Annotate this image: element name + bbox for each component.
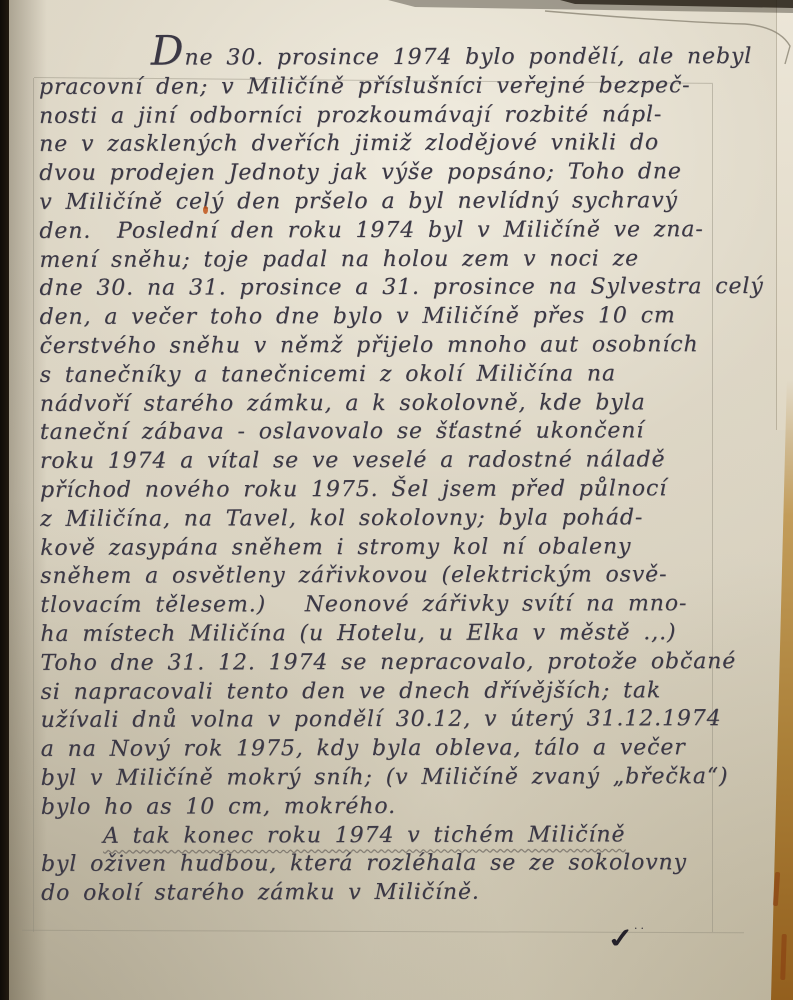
- manuscript-line: taneční zábava - oslavovalo se šťastné u…: [40, 417, 718, 448]
- check-icon: ✓: [606, 923, 636, 956]
- book-left-edge: [0, 0, 9, 1000]
- manuscript-line: do okolí starého zámku v Miličíně.: [41, 878, 719, 909]
- manuscript-line: z Miličína, na Tavel, kol sokolovny; byl…: [40, 504, 718, 535]
- manuscript-line: A tak konec roku 1974 v tichém Miličíně: [41, 821, 719, 852]
- chronicle-photo: { "document": { "kind": "handwritten chr…: [0, 0, 793, 1000]
- manuscript-line: s tanečníky a tanečnicemi z okolí Miličí…: [40, 360, 718, 391]
- margin-check-mark: ·· ✓: [610, 924, 632, 954]
- manuscript-line: ne v zasklených dveřích jimiž zlodějové …: [39, 130, 717, 161]
- pencil-frame-left: [33, 78, 34, 932]
- manuscript-line: den, a večer toho dne bylo v Miličíně př…: [40, 302, 718, 333]
- manuscript-line: dvou prodejen Jednoty jak výše popsáno; …: [39, 158, 717, 189]
- manuscript-line: příchod nového roku 1975. Šel jsem před …: [40, 475, 718, 506]
- manuscript-line: pracovní den; v Miličíně příslušníci veř…: [39, 72, 717, 103]
- manuscript-line: Dne 30. prosince 1974 bylo pondělí, ale …: [39, 43, 717, 74]
- manuscript-line: a na Nový rok 1975, kdy byla obleva, tál…: [41, 734, 719, 765]
- manuscript-line: tlovacím tělesem.) Neonové zářivky svítí…: [40, 590, 718, 621]
- manuscript-line: čerstvého sněhu v němž přijelo mnoho aut…: [40, 331, 718, 362]
- manuscript-line: nosti a jiní odborníci prozkoumávají roz…: [39, 101, 717, 132]
- manuscript-line: mení sněhu; toje padal na holou zem v no…: [39, 245, 717, 276]
- manuscript-line: v Miličíně celý den pršelo a byl nevlídn…: [39, 187, 717, 218]
- check-mark-dots: ··: [634, 922, 647, 935]
- manuscript-line: ha místech Miličína (u Hotelu, u Elka v …: [40, 619, 718, 650]
- manuscript-line: kově zasypána sněhem i stromy kol ní oba…: [40, 533, 718, 564]
- manuscript-line: nádvoří starého zámku, a k sokolovně, kd…: [40, 389, 718, 420]
- manuscript-line: byl v Miličíně mokrý sníh; (v Miličíně z…: [41, 763, 719, 794]
- manuscript-text-block: Dne 30. prosince 1974 bylo pondělí, ale …: [39, 43, 719, 909]
- manuscript-line: Toho dne 31. 12. 1974 se nepracovalo, pr…: [40, 648, 718, 679]
- manuscript-line: dne 30. na 31. prosince a 31. prosince n…: [39, 273, 717, 304]
- manuscript-line: roku 1974 a vítal se ve veselé a radostn…: [40, 446, 718, 477]
- ink-speck: [203, 206, 208, 214]
- manuscript-line: sněhem a osvětleny zářivkovou (elektrick…: [40, 561, 718, 592]
- manuscript-line: byl oživen hudbou, která rozléhala se ze…: [41, 849, 719, 880]
- manuscript-line: bylo ho as 10 cm, mokrého.: [41, 792, 719, 823]
- manuscript-line: si napracovali tento den ve dnech dřívěj…: [41, 677, 719, 708]
- manuscript-line: den. Poslední den roku 1974 byl v Miličí…: [39, 216, 717, 247]
- manuscript-line: užívali dnů volna v pondělí 30.12, v úte…: [41, 705, 719, 736]
